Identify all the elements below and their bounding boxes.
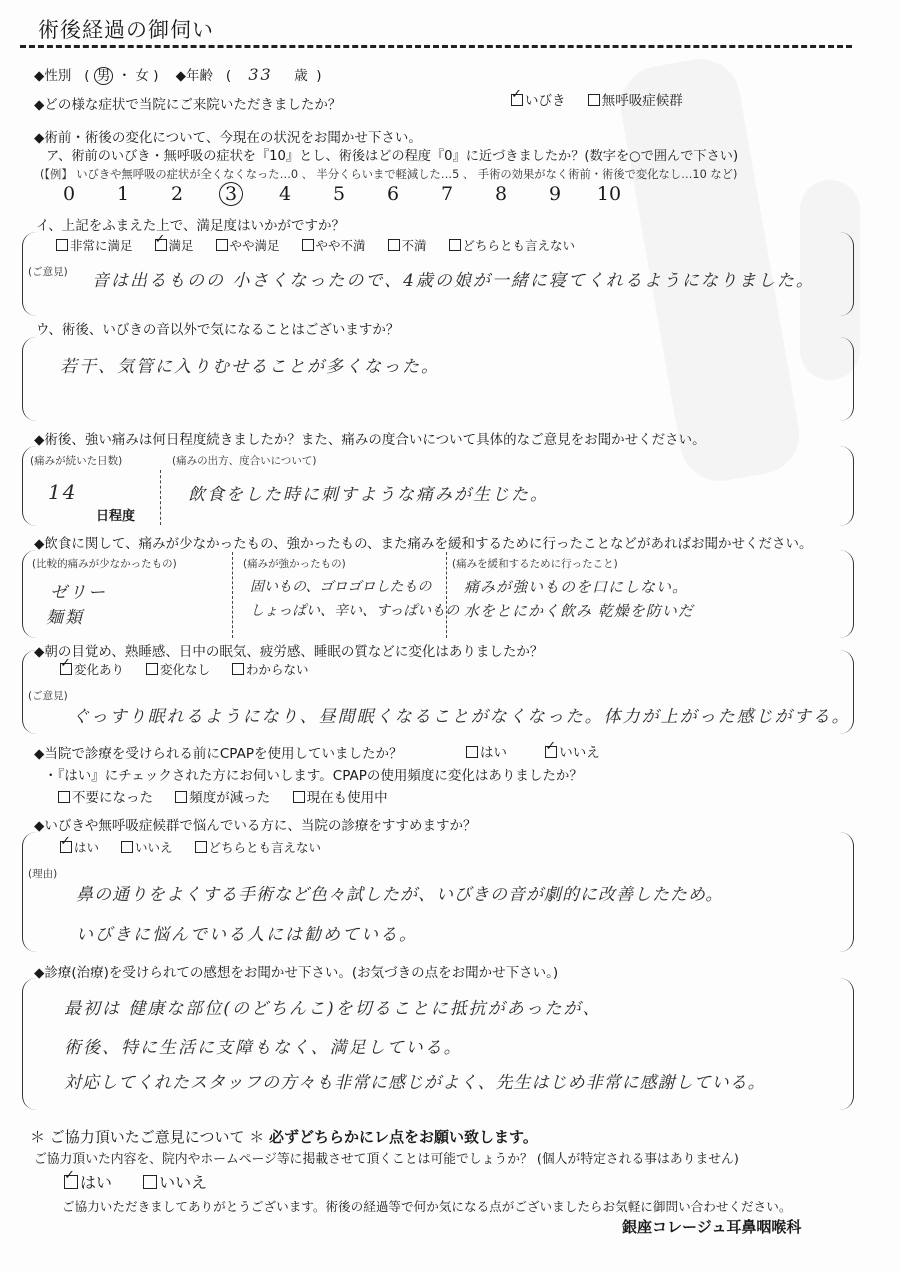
recommend-options: はい いいえ どちらとも言えない (60, 838, 339, 856)
satisfaction-somewhat-unsatisfied[interactable]: やや不満 (302, 236, 366, 254)
food-relief-line-1[interactable]: 痛みが強いものを口にしない。 (464, 576, 688, 597)
gender-age-row: ◆性別 ( 男 ・ 女 ) ◆年齢 ( 33 歳 ) (34, 64, 322, 84)
page-title: 術後経過の御伺い (38, 14, 214, 44)
food-strong-line-2[interactable]: しょっぱい、辛い、すっぱいもの (250, 600, 459, 620)
satisfaction-neutral[interactable]: どちらとも言えない (449, 236, 576, 254)
other-concern-question: ウ、術後、いびきの音以外で気になることはございますか？ (36, 318, 399, 338)
sleep-unknown[interactable]: わからない (232, 660, 309, 678)
cpap-followup: ・『はい』にチェックされた方にお伺いします。CPAPの使用頻度に変化はありました… (44, 764, 583, 784)
symptom-option-apnea[interactable]: 無呼吸症候群 (588, 89, 683, 109)
recommend-no[interactable]: いいえ (121, 838, 173, 856)
food-strong-label: (痛みが強かったもの) (243, 556, 346, 571)
satisfaction-opinion-label: (ご意見) (28, 264, 68, 279)
food-less-line-2[interactable]: 麺類 (46, 603, 84, 628)
change-a-question: ア、術前のいびき・無呼吸の症状を『10』とし、術後はどの程度『0』に近づきました… (46, 145, 738, 164)
gender-option-female[interactable]: 女 (135, 68, 149, 84)
consent-header: ＊ ご協力頂いたご意見について ＊ 必ずどちらかにレ点をお願い致します。 (30, 1126, 538, 1147)
cpap-question: ◆当院で診療を受けられる前にCPAPを使用していましたか？ (34, 742, 402, 762)
food-relief-line-2[interactable]: 水をとにかく飲み 乾燥を防いだ (464, 600, 694, 621)
title-divider (20, 45, 852, 48)
clinic-name: 銀座コレージュ耳鼻咽喉科 (622, 1216, 801, 1237)
scale-8[interactable]: 8 (474, 183, 528, 205)
cpap-still-using[interactable]: 現在も使用中 (293, 786, 388, 806)
age-value[interactable]: 33 (248, 65, 272, 84)
scale-2[interactable]: 2 (150, 183, 204, 205)
symptoms-options: いびき 無呼吸症候群 (511, 89, 701, 109)
recommend-reason-line-2[interactable]: いびきに悩んでいる人には勧めている。 (76, 920, 418, 945)
scale-1[interactable]: 1 (96, 183, 150, 205)
food-strong-line-1[interactable]: 固いもの、ゴロゴロしたもの (250, 576, 431, 596)
recommend-reason-label: (理由) (28, 866, 57, 881)
consent-options: はい いいえ (64, 1170, 225, 1193)
pain-degree-label: (痛みの出方、度合いについて) (172, 453, 316, 468)
consent-no[interactable]: いいえ (143, 1170, 207, 1193)
checkbox-checked-icon (511, 94, 523, 106)
pain-degree-value[interactable]: 飲食をした時に刺すような痛みが生じた。 (188, 480, 549, 505)
scale-7[interactable]: 7 (420, 183, 474, 205)
other-concern-box (22, 337, 854, 421)
pain-days-label: (痛みが続いた日数) (30, 453, 122, 468)
satisfaction-question: イ、上記をふまえた上で、満足度はいかがですか？ (36, 214, 345, 234)
change-header: ◆術前・術後の変化について、今現在の状況をお聞かせ下さい。 (34, 126, 422, 146)
recommend-question: ◆いびきや無呼吸症候群で悩んでいる方に、当院の診療をすすめますか？ (34, 814, 477, 834)
scale-6[interactable]: 6 (366, 183, 420, 205)
scale-4[interactable]: 4 (258, 183, 312, 205)
scale-5[interactable]: 5 (312, 183, 366, 205)
food-column-divider (232, 552, 233, 638)
gender-option-male[interactable]: 男 (94, 67, 114, 85)
change-scale: 012345678910 (42, 183, 636, 205)
scale-0[interactable]: 0 (42, 183, 96, 205)
food-relief-label: (痛みを緩和するために行ったこと) (452, 556, 618, 571)
sleep-changed[interactable]: 変化あり (60, 660, 124, 678)
sleep-options: 変化あり 変化なし わからない (60, 660, 327, 678)
food-question: ◆飲食に関して、痛みが少なかったもの、強かったもの、また痛みを緩和するために行っ… (34, 532, 813, 552)
sleep-unchanged[interactable]: 変化なし (146, 660, 210, 678)
cpap-no-longer-needed[interactable]: 不要になった (58, 786, 153, 806)
scale-9[interactable]: 9 (528, 183, 582, 205)
food-column-divider (446, 552, 447, 638)
sleep-opinion[interactable]: ぐっすり眠れるようになり、昼間眠くなることがなくなった。体力が上がった感じがする… (72, 702, 851, 727)
cpap-followup-options: 不要になった 頻度が減った 現在も使用中 (58, 786, 406, 806)
sleep-opinion-label: (ご意見) (28, 688, 68, 703)
other-concern-answer[interactable]: 若干、気管に入りむせることが多くなった。 (60, 352, 440, 377)
satisfaction-options: 非常に満足 満足 やや満足 やや不満 不満 どちらとも言えない (56, 236, 593, 254)
cpap-options: はい いいえ (466, 741, 618, 761)
impression-line-3[interactable]: 対応してくれたスタッフの方々も非常に感じがよく、先生はじめ非常に感謝している。 (64, 1068, 766, 1093)
cpap-reduced[interactable]: 頻度が減った (175, 786, 270, 806)
satisfaction-unsatisfied[interactable]: 不満 (388, 236, 427, 254)
food-less-line-1[interactable]: ゼリー (50, 578, 107, 603)
change-a-example: (【例】 いびきや無呼吸の症状が全くなくなった…0 、 半分くらいまで軽減した…… (40, 166, 737, 182)
consent-yes[interactable]: はい (64, 1170, 112, 1193)
age-unit: 歳 (294, 68, 308, 84)
impression-line-1[interactable]: 最初は 健康な部位(のどちんこ)を切ることに抵抗があったが、 (64, 994, 602, 1019)
recommend-reason-line-1[interactable]: 鼻の通りをよくする手術など色々試したが、いびきの音が劇的に改善したため。 (76, 880, 723, 905)
pain-column-divider (160, 470, 161, 525)
cpap-no[interactable]: いいえ (545, 741, 600, 761)
satisfaction-opinion[interactable]: 音は出るものの 小さくなったので、4歳の娘が一緒に寝てくれるようになりました。 (92, 266, 815, 291)
recommend-neutral[interactable]: どちらとも言えない (195, 838, 322, 856)
recommend-yes[interactable]: はい (60, 838, 99, 856)
checkbox-icon (588, 94, 600, 106)
impression-line-2[interactable]: 術後、特に生活に支障もなく、満足している。 (64, 1033, 463, 1058)
gender-label: ◆性別 (34, 68, 71, 84)
satisfaction-very-satisfied[interactable]: 非常に満足 (56, 236, 133, 254)
food-less-label: (比較的痛みが少なかったもの) (32, 556, 177, 571)
pain-days-value[interactable]: 14 (48, 480, 77, 504)
symptom-option-snoring[interactable]: いびき (511, 89, 566, 109)
pain-question: ◆術後、強い痛みは何日程度続きましたか？また、痛みの度合いについて具体的なご意見… (34, 428, 706, 448)
satisfaction-somewhat-satisfied[interactable]: やや満足 (216, 236, 280, 254)
symptoms-question: ◆どの様な症状で当院にご来院いただきましたか？ (34, 93, 341, 113)
consent-question: ご協力頂いた内容を、院内やホームページ等に掲載させて頂くことは可能でしょうか？ … (34, 1148, 739, 1167)
scale-10[interactable]: 10 (582, 183, 636, 205)
pain-days-unit: 日程度 (96, 505, 135, 524)
satisfaction-satisfied[interactable]: 満足 (155, 236, 194, 254)
consent-thanks: ご協力いただきましてありがとうございます。術後の経過等で何か気になる点がございま… (62, 1196, 791, 1215)
scale-3-selected[interactable]: 3 (204, 183, 258, 205)
cpap-yes[interactable]: はい (466, 741, 507, 761)
age-label: ◆年齢 (176, 68, 213, 84)
